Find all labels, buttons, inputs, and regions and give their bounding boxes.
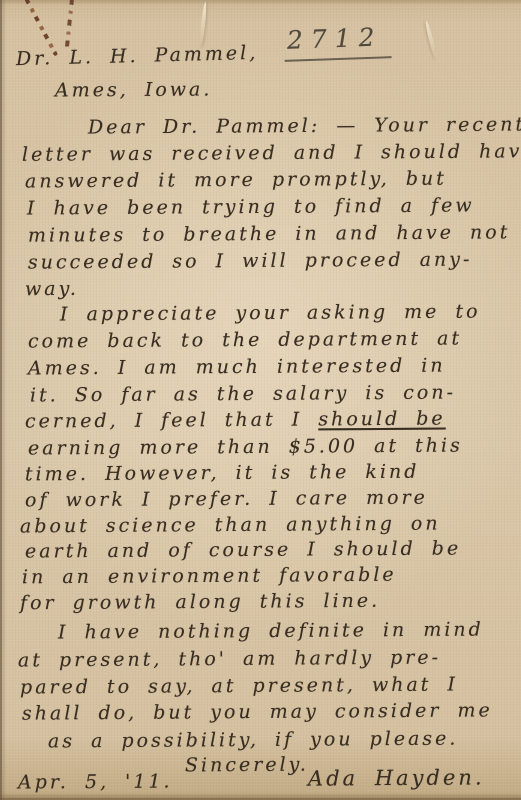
letter-line: as a possibility, if you please. [48, 729, 459, 754]
letter-line: it. So far as the salary is con- [30, 383, 456, 408]
letter-line-text: cerned, I feel that I [25, 408, 318, 432]
letter-line: earning more than $5.00 at this [28, 435, 463, 460]
stain-mark-right-leg [65, 0, 74, 53]
letter-line: I have been trying to find a few [27, 195, 475, 220]
letter-line: shall do, but you may consider me [22, 700, 493, 725]
recipient-name: Dr. L. H. Pammel, [16, 43, 259, 71]
letter-line: in an environment favorable [22, 565, 397, 589]
underlined-text: should be [318, 408, 446, 431]
crease-top-center [199, 2, 208, 48]
letter-line: way. [25, 279, 79, 301]
letter-line: answered it more promptly, but [25, 169, 447, 194]
letter-line: about science than anything on [20, 514, 441, 539]
letter-line: for growth along this line. [20, 591, 380, 615]
recipient-address: Ames, Iowa. [55, 79, 213, 102]
paper-top-edge [0, 0, 521, 5]
letter-line: Ames. I am much interested in [28, 356, 446, 381]
letter-line: time. However, it is the kind [25, 462, 420, 487]
paper-bottom-edge [0, 794, 521, 800]
signature: Ada Hayden. [308, 765, 485, 790]
letter-line: earth and of course I should be [25, 538, 461, 563]
paper-left-edge [0, 0, 6, 800]
archive-number: 2712 [283, 22, 391, 62]
letter-line: minutes to breathe in and have not [28, 222, 510, 247]
crease-right-of-number [424, 20, 438, 60]
letter-line: succeeded so I will proceed any- [28, 249, 473, 274]
letter-line: come back to the department at [28, 328, 462, 353]
letter-line: Dear Dr. Pammel: — Your recent [88, 114, 521, 139]
letter-line: pared to say, at present, what I [20, 674, 458, 699]
closing: Sincerely. [185, 755, 309, 778]
letter-line: I have nothing definite in mind [58, 620, 484, 645]
letter-line: I appreciate your asking me to [60, 302, 481, 327]
letter-page: 2712 Dr. L. H. Pammel, Ames, Iowa. Dear … [0, 0, 521, 800]
letter-line: at present, tho' am hardly pre- [18, 648, 441, 673]
letter-date: Apr. 5, '11. [18, 771, 173, 794]
letter-line: cerned, I feel that I should be [25, 409, 446, 434]
letter-line: letter was received and I should have [22, 141, 521, 166]
letter-line: of work I prefer. I care more [25, 488, 428, 513]
